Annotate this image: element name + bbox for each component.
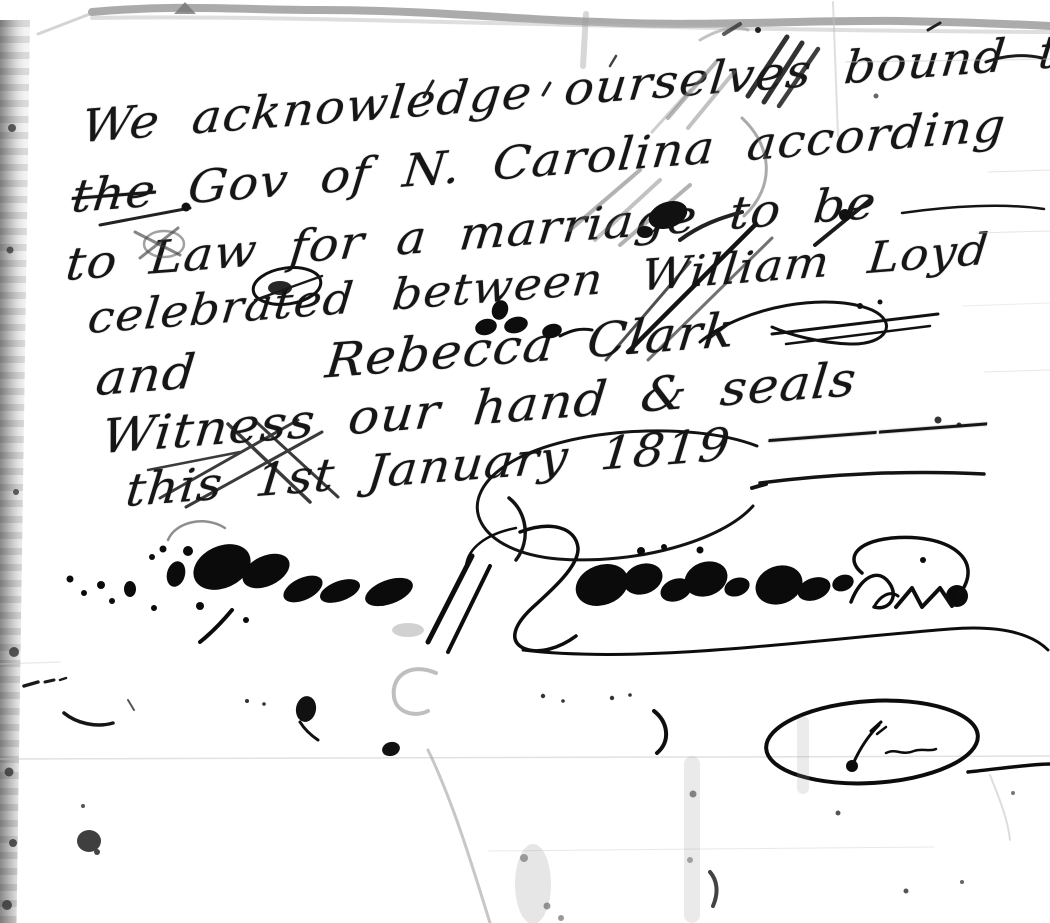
- lower-left-marks: [2, 124, 666, 910]
- signature-james: [428, 526, 1048, 654]
- witness-lattice: [148, 417, 962, 508]
- page-top-edge: [38, 2, 1050, 66]
- name-blots-and-flourish: [473, 224, 938, 360]
- ink-decoration-layer: [0, 0, 1050, 923]
- seal-scroll: [764, 695, 1050, 794]
- fold-lines: [0, 2, 1050, 851]
- blotted-signature: [67, 535, 425, 642]
- pen-scribbles: [424, 23, 1042, 216]
- mid-scribbles: [100, 170, 1044, 309]
- document-page: We acknowledge ourselves bound to the Go…: [0, 0, 1050, 923]
